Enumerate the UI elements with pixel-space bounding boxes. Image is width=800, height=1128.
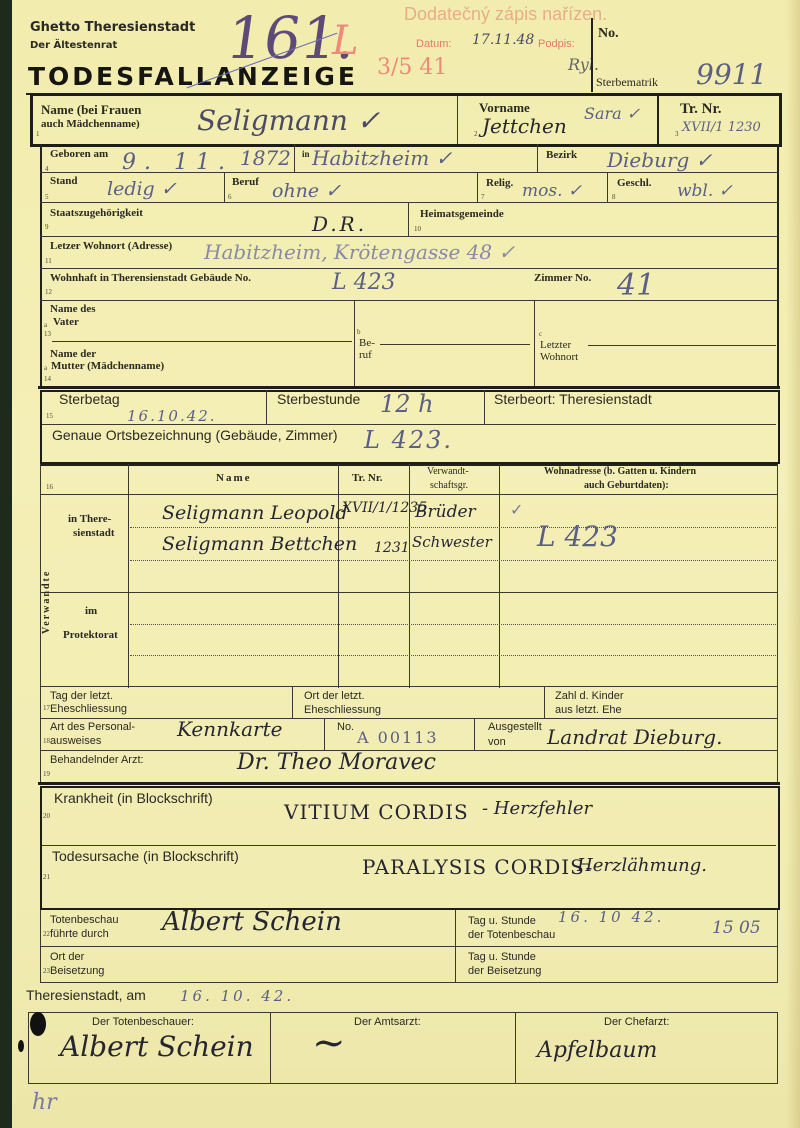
group2-label-1: im — [85, 605, 97, 618]
place-label: Theresienstadt, am — [26, 989, 146, 1002]
arzt-value[interactable]: Dr. Theo Moravec — [237, 750, 436, 775]
sterbematrik-label: Sterbematrik — [596, 75, 658, 90]
corner-mark: hr — [32, 1090, 57, 1115]
ausweis-art-value[interactable]: Kennkarte — [177, 717, 282, 741]
sig2-label: Der Amtsarzt: — [354, 1016, 421, 1029]
tag-totenbeschau-1: Tag u. Stunde — [468, 915, 536, 928]
zimmer-label: Zimmer No. — [534, 272, 591, 285]
bezirk-value[interactable]: Dieburg ✓ — [607, 148, 712, 172]
relative-2-trnr[interactable]: 1231 — [374, 540, 410, 556]
ausweis-art-2: ausweises — [50, 735, 101, 748]
ausgestellt-value[interactable]: Landrat Dieburg. — [547, 725, 722, 749]
col-verw-1: Verwandt- — [427, 465, 469, 478]
council-name: Der Ältestenrat — [30, 40, 117, 51]
place-date[interactable]: 16. 10. 42. — [180, 987, 294, 1005]
ausweis-no-value[interactable]: A 00113 — [357, 728, 439, 747]
kinder-1: Zahl d. Kinder — [555, 690, 623, 703]
tag-ehe-2: Eheschliessung — [50, 703, 127, 716]
krankheit-label: Krankheit (in Blockschrift) — [54, 792, 213, 805]
relative-1-verw[interactable]: Brüder — [415, 502, 476, 522]
geboren-in-label: in — [302, 148, 310, 161]
ausgestellt-1: Ausgestellt — [488, 721, 542, 734]
stand-label: Stand — [50, 175, 78, 188]
beruf-parent-2: ruf — [359, 349, 372, 362]
col-name: Name — [216, 472, 252, 485]
beisetzung-ort-1: Ort der — [50, 951, 84, 964]
red-mark: L — [332, 18, 359, 64]
ausweis-no-label: No. — [337, 721, 354, 734]
col-trnr: Tr. Nr. — [352, 472, 382, 485]
letzer-wohnort-label: Letzer Wohnort (Adresse) — [50, 240, 172, 253]
letzer-wohnort-value[interactable]: Habitzheim, Krötengasse 48 ✓ — [204, 240, 515, 264]
ausgestellt-2: von — [488, 736, 506, 749]
name-label-2: auch Mädchenname) — [41, 118, 140, 130]
staat-value[interactable]: D.R. — [312, 212, 367, 236]
todesursache-value[interactable]: PARALYSIS CORDIS- — [362, 855, 593, 879]
totenbeschau-time[interactable]: 15 05 — [712, 918, 761, 938]
stand-value[interactable]: ledig ✓ — [107, 178, 177, 200]
wohnhaft-label: Wohnhaft in Therensienstadt Gebäude No. — [50, 272, 251, 285]
sig1-label: Der Totenbeschauer: — [92, 1016, 194, 1029]
ortsbezeichnung-value[interactable]: L 423. — [364, 426, 453, 454]
stamp-podpis-label: Podpis: — [538, 38, 575, 50]
geschl-label: Geschl. — [617, 177, 652, 190]
geboren-in-value[interactable]: Habitzheim ✓ — [312, 146, 452, 170]
relig-value[interactable]: mos. ✓ — [522, 181, 582, 201]
sterbetag-value[interactable]: 16.10.42. — [127, 407, 217, 425]
todesursache-label: Todesursache (in Blockschrift) — [52, 850, 239, 863]
relative-2-verw[interactable]: Schwester — [412, 533, 492, 551]
ausweis-art-1: Art des Personal- — [50, 721, 135, 734]
letzter-parent-2: Wohnort — [540, 351, 578, 364]
sterbestunde-value[interactable]: 12 h — [380, 390, 434, 418]
beisetzung-ort-2: Beisetzung — [50, 965, 104, 978]
totenbeschau-label-2: führte durch — [50, 928, 109, 941]
trnr-value[interactable]: XVII/1 1230 — [682, 120, 761, 135]
relative-1-name[interactable]: Seligmann Leopold — [162, 502, 348, 524]
arzt-label: Behandelnder Arzt: — [50, 754, 144, 767]
col-wohn-2: auch Geburtdaten): — [584, 479, 669, 492]
heimat-label: Heimatsgemeinde — [420, 208, 504, 221]
group2-label-2: Protektorat — [63, 629, 118, 642]
tag-totenbeschau-2: der Totenbeschau — [468, 929, 555, 942]
staat-label: Staatszugehörigkeit — [50, 207, 143, 220]
geboren-label: Geboren am — [50, 148, 108, 161]
verwandte-side-label: Verwandte — [41, 570, 52, 634]
col-wohn-1: Wohnadresse (b. Gatten u. Kindern — [544, 465, 696, 478]
geboren-year[interactable]: 1872 — [240, 146, 291, 170]
stamp-datum-label: Datum: — [416, 38, 451, 50]
stamp-line1: Dodatečný zápis nařízen. — [404, 4, 607, 25]
sig3-value[interactable]: Apfelbaum — [537, 1038, 657, 1063]
vorname-extra[interactable]: Sara ✓ — [584, 104, 640, 123]
totenbeschau-value[interactable]: Albert Schein — [162, 907, 342, 937]
krankheit-value[interactable]: VITIUM CORDIS — [284, 800, 469, 824]
geschl-value[interactable]: wbl. ✓ — [677, 181, 733, 201]
zimmer-value[interactable]: 41 — [617, 268, 655, 303]
group1-label-2: sienstadt — [73, 527, 115, 540]
vater-label-1: Name des — [50, 303, 96, 316]
ort-ehe-2: Eheschliessung — [304, 704, 381, 717]
name-box — [30, 93, 782, 147]
sig1-value[interactable]: Albert Schein — [60, 1030, 254, 1063]
sterbestunde-label: Sterbestunde — [277, 393, 360, 406]
no-label: No. — [598, 26, 619, 42]
stamp-red-number: 3/5 41 — [377, 55, 447, 80]
beisetzung-tag-1: Tag u. Stunde — [468, 951, 536, 964]
mutter-label-2: Mutter (Mädchenname) — [51, 360, 164, 373]
beruf-value[interactable]: ohne ✓ — [272, 180, 341, 202]
totenbeschau-label-1: Totenbeschau — [50, 914, 119, 927]
name-value[interactable]: Seligmann ✓ — [197, 104, 380, 137]
sterbematrik-value: 9911 — [696, 58, 767, 91]
sterbetag-label: Sterbetag — [59, 393, 120, 406]
beisetzung-tag-2: der Beisetzung — [468, 965, 541, 978]
col-verw-2: schaftsgr. — [430, 479, 468, 492]
punch-hole — [18, 1040, 24, 1052]
punch-hole — [30, 1012, 46, 1036]
sig3-label: Der Chefarzt: — [604, 1016, 669, 1029]
vorname-value[interactable]: Jettchen — [482, 114, 567, 138]
vater-label-2: Vater — [53, 316, 79, 329]
krankheit-value-de[interactable]: - Herzfehler — [482, 798, 592, 819]
group1-label-1: in There- — [68, 513, 111, 526]
sterbeort-label: Sterbeort: Theresienstadt — [494, 393, 652, 406]
kinder-2: aus letzt. Ehe — [555, 704, 622, 717]
wohnhaft-value[interactable]: L 423 — [332, 270, 396, 295]
relative-2-name[interactable]: Seligmann Bettchen — [162, 533, 357, 555]
name-label-1: Name (bei Frauen — [41, 102, 141, 118]
bezirk-label: Bezirk — [546, 149, 577, 162]
ort-ehe-1: Ort der letzt. — [304, 690, 365, 703]
beruf-label: Beruf — [232, 176, 259, 189]
trnr-label: Tr. Nr. — [680, 101, 722, 118]
todesursache-value-de[interactable]: Herzlähmung. — [577, 855, 707, 876]
form-paper: Ghetto Theresienstadt Der Ältestenrat TO… — [12, 0, 800, 1128]
stamp-signature: Ryl. — [568, 55, 599, 74]
org-name: Ghetto Theresienstadt — [30, 20, 195, 35]
relig-label: Relig. — [486, 177, 513, 190]
sig2-value[interactable]: ~ — [312, 1020, 346, 1066]
tag-ehe-1: Tag der letzt. — [50, 690, 113, 703]
ortsbezeichnung-label: Genaue Ortsbezeichnung (Gebäude, Zimmer) — [52, 429, 338, 442]
stamp-datum-value: 17.11.48 — [472, 32, 534, 48]
relative-wohn[interactable]: L 423 — [537, 520, 618, 553]
tag-totenbeschau-value[interactable]: 16. 10 42. — [558, 908, 664, 926]
